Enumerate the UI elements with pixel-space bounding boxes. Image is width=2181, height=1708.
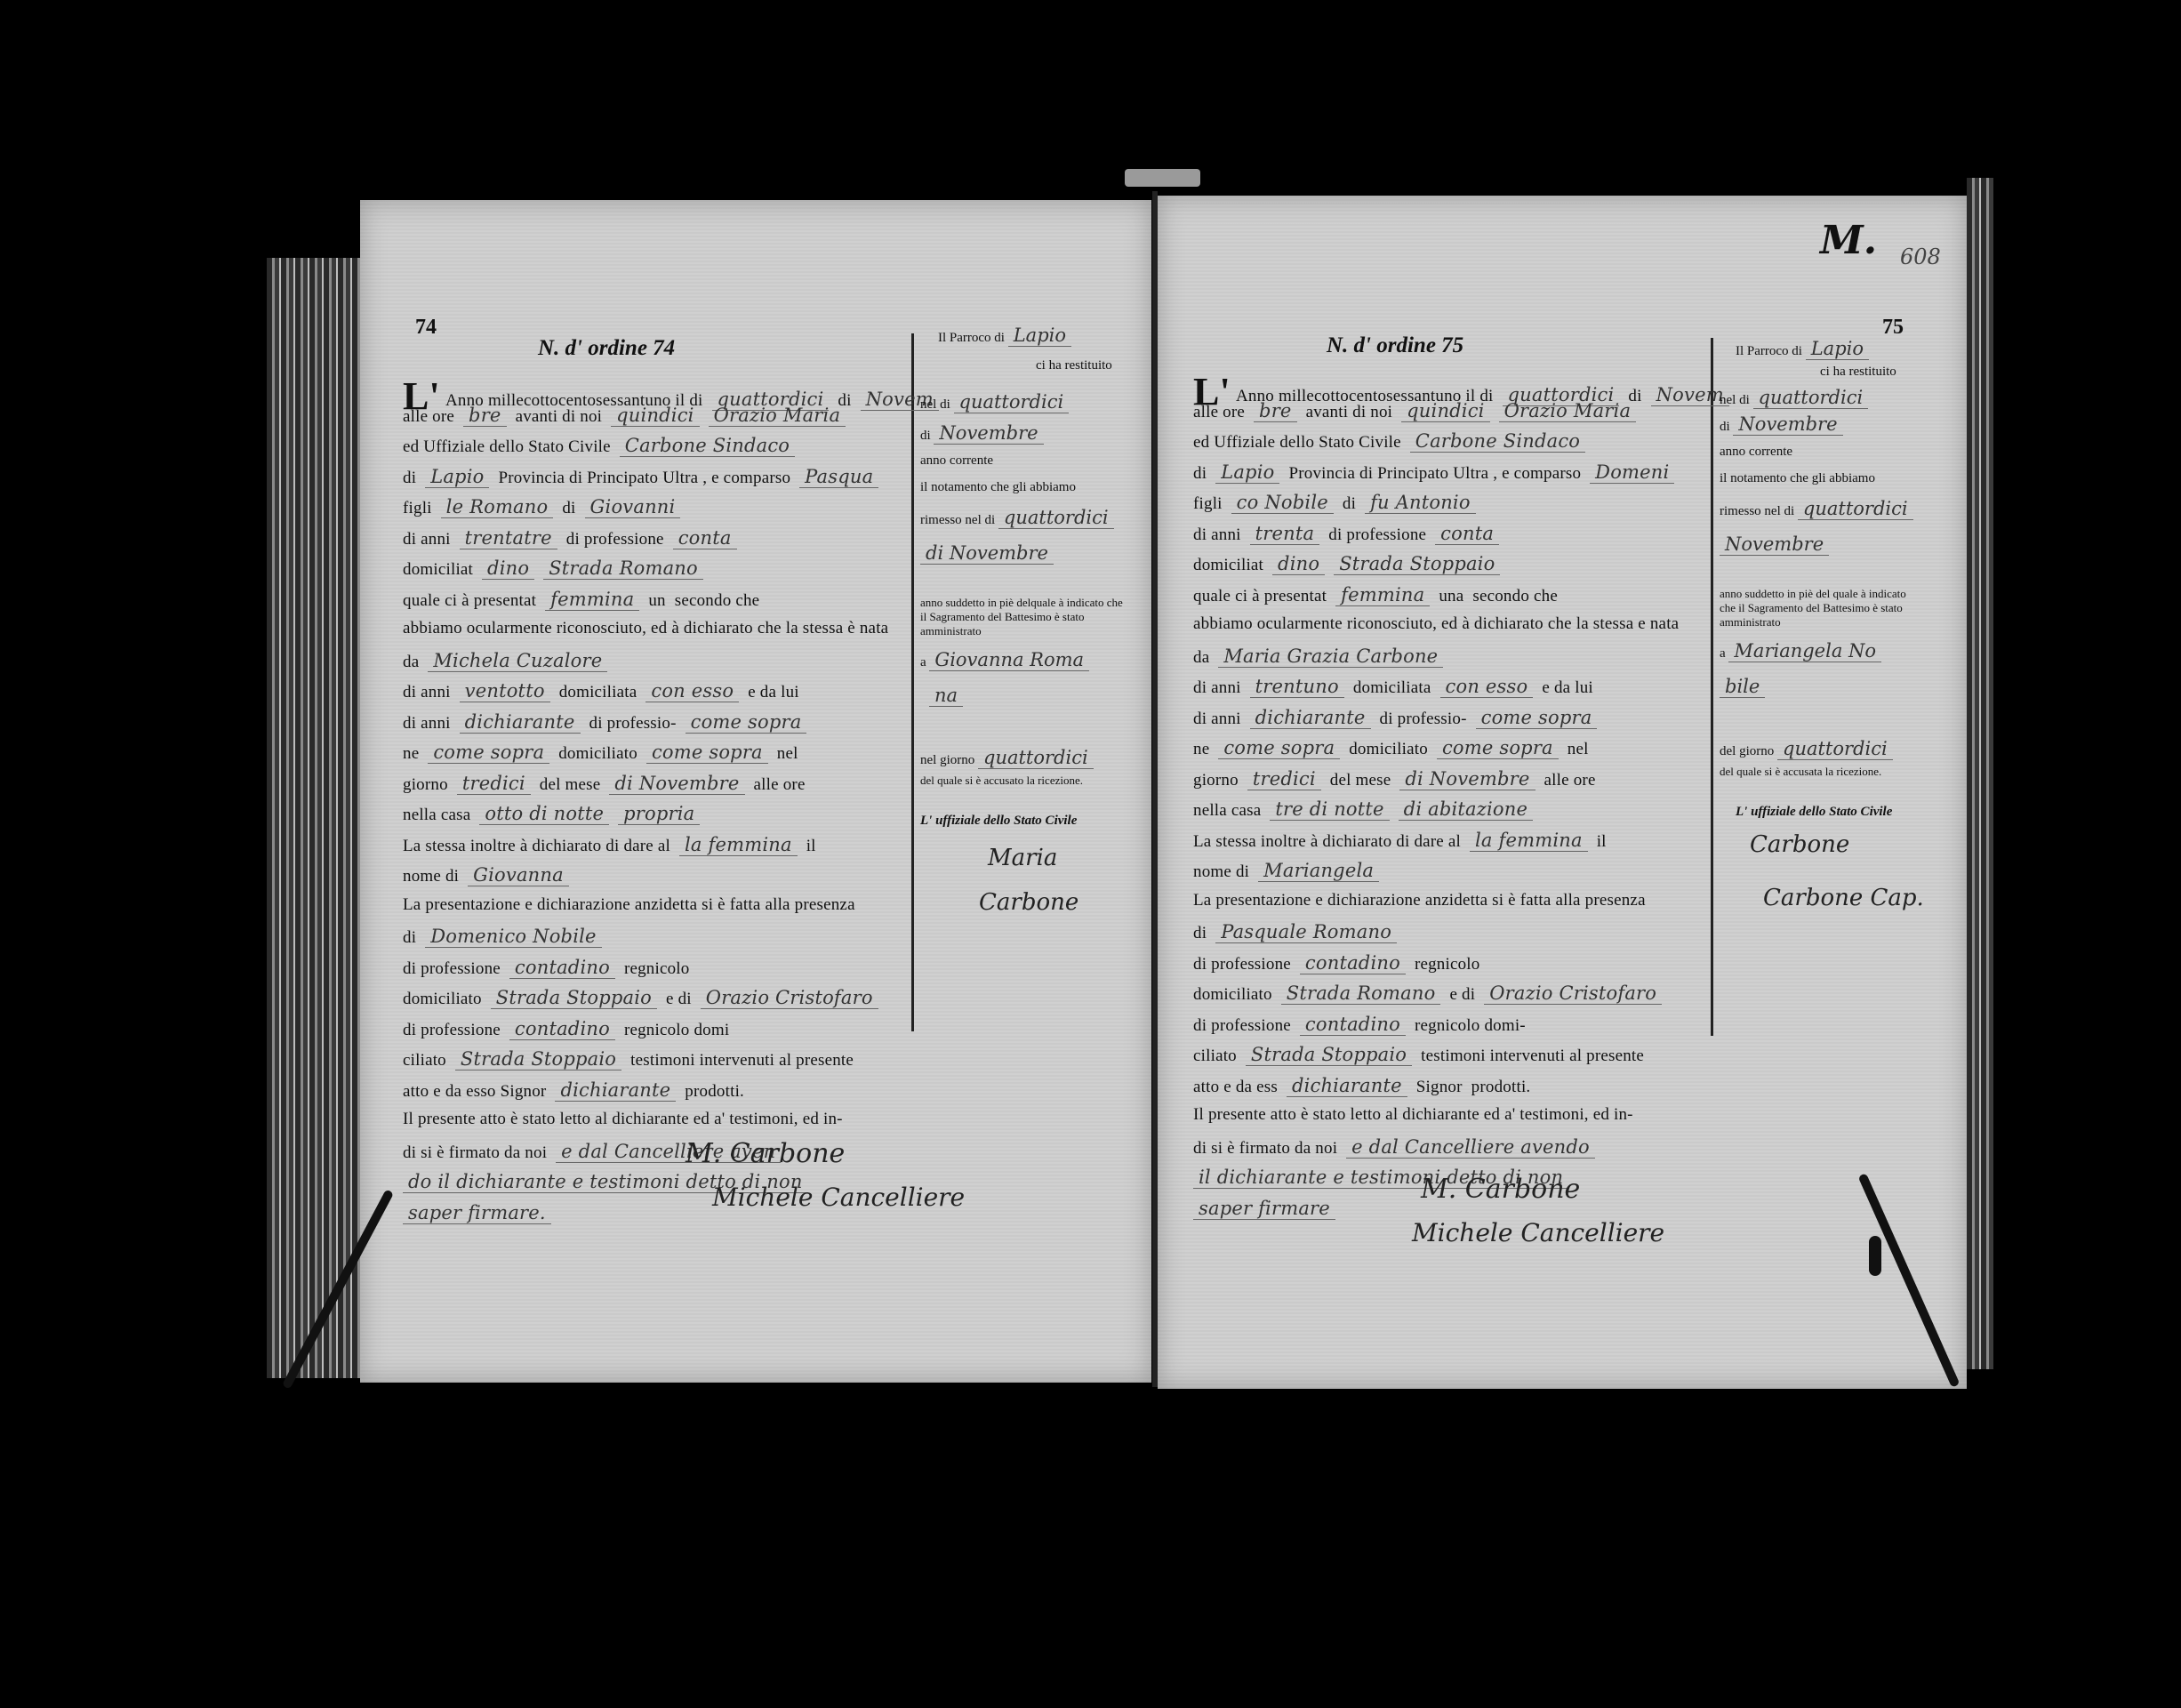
record-line: di professionecontadinoregnicolo domi- [1193,1014,1535,1036]
record-line: figlile RomanodiGiovanni [403,496,689,518]
record-line: di annidichiarantedi professio-come sopr… [1193,707,1606,729]
printed-text: regnicolo [1415,955,1480,974]
ufficiale-label: L' uffiziale dello Stato Civile [920,814,1077,829]
printed-text: di anni [1193,525,1241,544]
handwritten-entry: Orazio Maria [709,405,846,427]
handwritten-entry: Giovanna [468,864,569,886]
printed-text: e di [666,990,692,1008]
record-line: Il presente atto è stato letto al dichia… [403,1110,852,1129]
printed-text: di anni [1193,710,1241,728]
di-value: Novembre [934,422,1043,445]
printed-text: domiciliato [1193,985,1272,1004]
printed-text: quale ci à presentat [1193,587,1327,605]
printed-text: da [403,653,419,671]
record-line: giornotredicidel mesedi Novembrealle ore [403,773,814,795]
handwritten-entry: come sopra [1476,707,1598,729]
handwritten-entry: Strada Stoppaio [1246,1044,1412,1066]
rimesso-value-month: di Novembre [920,542,1054,565]
nel-giorno-label: del giorno [1720,744,1774,758]
printed-text: di anni [403,683,451,702]
printed-text: nel [1568,740,1589,758]
printed-text: domiciliat [1193,556,1263,574]
ricezione-text: del quale si è accusata la ricezione. [1720,765,1924,779]
restituito-label: ci ha restituito [1820,365,1896,380]
column-divider [1711,338,1713,1036]
handwritten-entry: trentuno [1250,676,1344,698]
handwritten-entry: tre di notte [1270,798,1389,821]
record-line: alle orebreavanti di noiquindiciOrazio M… [1193,400,1645,422]
printed-text: ed Uffiziale dello Stato Civile [403,437,611,456]
record-line: nome diGiovanna [403,864,578,886]
printed-text: di si è firmato da noi [1193,1139,1337,1158]
handwritten-entry: di abitazione [1399,798,1533,821]
book-page-edges-right [1967,178,1993,1369]
archive-stamp: M. [1820,218,1877,263]
nel-di-value: quattordici [1753,387,1869,409]
handwritten-entry: ventotto [460,680,550,702]
record-line: domiciliatoStrada Romanoe diOrazio Crist… [1193,982,1671,1005]
handwritten-entry: la femmina [1470,830,1588,852]
handwritten-entry: Domeni [1590,461,1674,484]
handwritten-entry: Michela Cuzalore [428,650,607,672]
handwritten-entry: trentatre [460,527,557,549]
printed-text: di professione [1328,525,1426,544]
page-number: 74 [415,316,437,340]
printed-text: testimoni intervenuti al presente [630,1051,854,1070]
handwritten-entry: bre [1254,400,1297,422]
record-line: saper firmare [1193,1198,1344,1220]
parroco-label: Il Parroco di [1736,344,1802,358]
handwritten-entry: come sopra [646,742,768,764]
handwritten-entry: Orazio Maria [1499,400,1637,422]
handwritten-entry: Domenico Nobile [425,926,601,948]
printed-text: avanti di noi [1306,403,1393,421]
handwritten-entry: propria [618,803,700,825]
ufficiale-signature-1: Carbone [1744,831,1855,858]
record-line: quale ci à presentatfemminaunsecondo che [403,589,768,611]
cancelliere-signature: Michele Cancelliere [1407,1218,1670,1247]
handwritten-entry: Orazio Cristofaro [1484,982,1662,1005]
record-line: diDomenico Nobile [403,926,611,948]
handwritten-entry: trenta [1250,523,1320,545]
printed-text: di professione [403,1021,501,1039]
handwritten-entry: Novem [1651,384,1729,406]
printed-text: una [1439,587,1463,605]
printed-text: regnicolo domi [624,1021,729,1039]
printed-text: giorno [1193,771,1239,790]
nel-di-label: nel di [920,397,950,412]
record-line: figlico Nobiledifu Antonio [1193,492,1485,514]
printed-text: di professio- [589,714,677,733]
printed-text: di anni [403,714,451,733]
record-number-heading: N. d' ordine 75 [1327,333,1463,358]
record-line: Il presente atto è stato letto al dichia… [1193,1105,1642,1125]
printed-text: domiciliata [559,683,637,702]
handwritten-entry: Lapio [425,466,489,488]
record-line: nella casaotto di nottepropria [403,803,709,825]
printed-text: secondo che [675,591,760,610]
printed-text: figli [403,499,432,517]
nel-giorno-label: nel giorno [920,753,974,767]
handwritten-entry: Mariangela [1258,860,1379,882]
handwritten-entry: co Nobile [1231,492,1334,514]
left-page: 74 N. d' ordine 74 L'Anno millecottocent… [360,200,1151,1383]
handwritten-entry: conta [1435,523,1499,545]
handwritten-entry: Carbone Sindaco [620,435,795,457]
parroco-value: Lapio [1008,325,1071,347]
handwritten-entry: saper firmare. [403,1202,551,1224]
handwritten-entry: femmina [545,589,639,611]
printed-text: il [1597,832,1607,851]
rimesso-label: rimesso nel di [920,513,995,527]
printed-text: il [806,837,816,855]
anno-corrente-label: anno corrente [920,453,993,469]
record-line: necome sopradomiciliatocome sopranel [1193,737,1598,759]
record-line: quale ci à presentatfemminaunasecondo ch… [1193,584,1567,606]
ufficiale-signature-1: Maria [982,845,1062,871]
handwritten-entry: dino [482,557,534,580]
handwritten-entry: di Novembre [609,773,744,795]
handwritten-entry: e dal Cancelliere avendo [1346,1136,1595,1159]
record-line: La stessa inoltre à dichiarato di dare a… [403,834,825,856]
printed-text: un [648,591,665,610]
printed-text: di professio- [1380,710,1467,728]
handwritten-entry: contadino [1300,1014,1406,1036]
handwritten-entry: dino [1272,553,1325,575]
handwritten-entry: come sopra [428,742,549,764]
handwritten-entry: con esso [1440,676,1534,698]
printed-text: domiciliato [558,744,637,763]
printed-text: secondo che [1472,587,1558,605]
record-line: domiciliatdinoStrada Romano [403,557,712,580]
handwritten-entry: fu Antonio [1365,492,1476,514]
record-line: nella casatre di nottedi abitazione [1193,798,1542,821]
handwritten-entry: femmina [1335,584,1430,606]
printed-text: di si è firmato da noi [403,1143,547,1162]
battezzato-value-cont: na [929,685,963,707]
printed-text: nome di [403,867,459,886]
printed-text: alle ore [1544,771,1596,790]
handwritten-entry: tredici [457,773,531,795]
record-line: daMichela Cuzalore [403,650,616,672]
printed-text: ne [1193,740,1209,758]
record-line: nome diMariangela [1193,860,1388,882]
printed-text: figli [1193,494,1223,513]
printed-text: atto e da esso Signor [403,1082,546,1101]
printed-text: nella casa [1193,801,1261,820]
handwritten-entry: Giovanni [585,496,681,518]
di-label: di [1720,420,1730,434]
record-line: di annitrentadi professioneconta [1193,523,1508,545]
sindaco-signature: M. Carbone [680,1138,850,1169]
handwritten-entry: conta [673,527,737,549]
printed-text: abbiamo ocularmente riconosciuto, ed à d… [1193,614,1679,633]
nel-di-label: nel di [1720,393,1750,407]
printed-text: domiciliata [1353,678,1431,697]
printed-text: quale ci à presentat [403,591,536,610]
ufficiale-label: L' uffiziale dello Stato Civile [1736,805,1892,820]
a-label: a [1720,646,1726,661]
printed-text: prodotti. [685,1082,744,1101]
anno-suddetto-text: anno suddetto in piè del quale à indicat… [1720,587,1924,629]
battezzato-value-cont: bile [1720,676,1765,698]
handwritten-entry: Carbone Sindaco [1410,430,1585,453]
printed-text: ne [403,744,419,763]
record-line: diLapioProvincia di Principato Ultra , e… [403,466,887,488]
folio-number: 608 [1900,245,1941,269]
record-line: ed Uffiziale dello Stato CivileCarbone S… [403,435,804,457]
printed-text: La presentazione e dichiarazione anzidet… [403,895,855,914]
handwritten-entry: Strada Stoppaio [455,1048,621,1071]
record-line: atto e da esso Signordichiaranteprodotti… [403,1079,753,1102]
record-line: domiciliatdinoStrada Stoppaio [1193,553,1509,575]
record-line: diPasquale Romano [1193,921,1406,943]
handwritten-entry: Pasqua [799,466,878,488]
printed-text: Il presente atto è stato letto al dichia… [1193,1105,1633,1124]
record-line: La presentazione e dichiarazione anzidet… [1193,891,1655,910]
handwritten-entry: la femmina [679,834,798,856]
printed-text: di [1343,494,1356,513]
rimesso-value: quattordici [1798,498,1913,520]
record-line: ciliatoStrada Stoppaiotestimoni interven… [1193,1044,1653,1066]
printed-text: testimoni intervenuti al presente [1421,1046,1644,1065]
printed-text: ciliato [403,1051,446,1070]
handwritten-entry: Strada Romano [543,557,703,580]
record-line: giornotredicidel mesedi Novembrealle ore [1193,768,1605,790]
record-line: di annitrentatredi professioneconta [403,527,746,549]
record-line: necome sopradomiciliatocome sopranel [403,742,807,764]
handwritten-entry: di Novembre [1399,768,1535,790]
record-line: ciliatoStrada Stoppaiotestimoni interven… [403,1048,862,1071]
record-line: domiciliatoStrada Stoppaioe diOrazio Cri… [403,987,887,1009]
notamento-label: il notamento che gli abbiamo [1720,471,1875,486]
printed-text: di professione [1193,1016,1291,1035]
handwritten-entry: saper firmare [1193,1198,1335,1220]
bookmark-ribbon [1858,1173,1960,1388]
printed-text: giorno [403,775,448,794]
record-line: abbiamo ocularmente riconosciuto, ed à d… [1193,614,1688,634]
record-line: abbiamo ocularmente riconosciuto, ed à d… [403,619,897,638]
handwritten-entry: Lapio [1215,461,1279,484]
parroco-value: Lapio [1806,338,1869,360]
printed-text: domiciliato [1349,740,1428,758]
printed-text: del mese [1330,771,1391,790]
printed-text: La stessa inoltre à dichiarato di dare a… [1193,832,1461,851]
handwritten-entry: con esso [645,680,739,702]
record-line: di anniventottodomiciliatacon essoe da l… [403,680,808,702]
printed-text: di [1193,464,1207,483]
anno-corrente-label: anno corrente [1720,445,1792,460]
printed-text: Signor [1416,1078,1463,1096]
printed-text: di professione [1193,955,1291,974]
handwritten-entry: come sopra [1218,737,1340,759]
restituito-label: ci ha restituito [1036,358,1112,373]
handwritten-entry: contadino [1300,952,1406,974]
a-label: a [920,655,926,670]
printed-text: di professione [403,959,501,978]
printed-text: nome di [1193,862,1249,881]
printed-text: nella casa [403,806,470,824]
record-line: La presentazione e dichiarazione anzidet… [403,895,864,915]
record-line: di professionecontadinoregnicolo [403,957,699,979]
printed-text: La stessa inoltre à dichiarato di dare a… [403,837,670,855]
handwritten-entry: Strada Stoppaio [1334,553,1500,575]
di-label: di [920,429,931,443]
printed-text: domiciliato [403,990,482,1008]
record-line: di si è firmato da noie dal Cancelliere … [1193,1136,1604,1159]
printed-text: avanti di noi [516,407,603,426]
record-line: La stessa inoltre à dichiarato di dare a… [1193,830,1616,852]
printed-text: regnicolo [624,959,690,978]
di-value: Novembre [1733,413,1842,436]
cancelliere-signature: Michele Cancelliere [707,1183,970,1212]
printed-text: ed Uffiziale dello Stato Civile [1193,433,1401,452]
ricezione-text: del quale si è accusato la ricezione. [920,774,1125,788]
ufficiale-signature-2: Carbone [974,889,1084,916]
rimesso-label: rimesso nel di [1720,504,1794,518]
record-line: di annidichiarantedi professio-come sopr… [403,711,815,734]
printed-text: alle ore [403,407,454,426]
column-divider [911,333,914,1031]
notamento-label: il notamento che gli abbiamo [920,480,1076,495]
handwritten-entry: Pasquale Romano [1215,921,1397,943]
printed-text: Provincia di Principato Ultra , e compar… [498,469,790,487]
battezzato-value: Mariangela No [1728,640,1881,662]
handwritten-entry: Maria Grazia Carbone [1218,646,1443,668]
right-page: M. 608 75 N. d' ordine 75 L'Anno milleco… [1158,196,1967,1389]
printed-text: Provincia di Principato Ultra , e compar… [1288,464,1581,483]
printed-text: domiciliat [403,560,473,579]
printed-text: di [1193,924,1207,942]
sindaco-signature: M. Carbone [1415,1174,1585,1205]
record-line: di annitrentunodomiciliatacon essoe da l… [1193,676,1602,698]
handwritten-entry: tredici [1247,768,1321,790]
printed-text: e da lui [748,683,799,702]
handwritten-entry: dichiarante [555,1079,676,1102]
page-tab-marker [1125,169,1200,187]
handwritten-entry: come sopra [686,711,807,734]
handwritten-entry: Strada Romano [1281,982,1441,1005]
handwritten-entry: dichiarante [1250,707,1371,729]
handwritten-entry: Strada Stoppaio [491,987,657,1009]
handwritten-entry: contadino [509,957,615,979]
record-number-heading: N. d' ordine 74 [538,336,675,361]
handwritten-entry: le Romano [441,496,554,518]
printed-text: abbiamo ocularmente riconosciuto, ed à d… [403,619,888,637]
nel-di-value: quattordici [954,391,1070,413]
handwritten-entry: come sopra [1437,737,1559,759]
rimesso-value-month: Novembre [1720,533,1829,556]
nel-giorno-value: quattordici [1777,738,1893,760]
book-page-edges-left [267,258,360,1378]
printed-text: prodotti. [1471,1078,1531,1096]
record-line: alle orebreavanti di noiquindiciOrazio M… [403,405,854,427]
anno-suddetto-text: anno suddetto in piè delquale à indicato… [920,596,1125,638]
printed-text: da [1193,648,1209,667]
record-line: ed Uffiziale dello Stato CivileCarbone S… [1193,430,1594,453]
printed-text: atto e da ess [1193,1078,1278,1096]
printed-text: e di [1449,985,1475,1004]
ink-blot [1869,1236,1881,1276]
printed-text: alle ore [1193,403,1245,421]
parroco-label: Il Parroco di [938,331,1005,345]
handwritten-entry: quindici [611,405,699,427]
printed-text: Il presente atto è stato letto al dichia… [403,1110,843,1128]
handwritten-entry: contadino [509,1018,615,1040]
printed-text: di professione [566,530,664,549]
handwritten-entry: dichiarante [1287,1075,1407,1097]
record-line: saper firmare. [403,1202,560,1224]
ufficiale-signature-2: Carbone Cap. [1758,885,1929,911]
handwritten-entry: bre [463,405,507,427]
printed-text: ciliato [1193,1046,1237,1065]
record-line: di professionecontadinoregnicolo domi [403,1018,738,1040]
nel-giorno-value: quattordici [978,747,1094,769]
record-line: daMaria Grazia Carbone [1193,646,1452,668]
printed-text: di [562,499,575,517]
record-line: atto e da essdichiaranteSignorprodotti. [1193,1075,1539,1097]
printed-text: e da lui [1542,678,1593,697]
battezzato-value: Giovanna Roma [929,649,1089,671]
printed-text: nel [777,744,798,763]
page-number: 75 [1882,316,1904,340]
handwritten-entry: Orazio Cristofaro [701,987,878,1009]
printed-text: La presentazione e dichiarazione anzidet… [1193,891,1646,910]
printed-text: di anni [1193,678,1241,697]
handwritten-entry: otto di notte [479,803,609,825]
printed-text: regnicolo domi- [1415,1016,1526,1035]
printed-text: di [403,928,416,947]
printed-text: di [403,469,416,487]
printed-text: alle ore [754,775,806,794]
printed-text: del mese [540,775,601,794]
handwritten-entry: dichiarante [460,711,581,734]
printed-text: di anni [403,530,451,549]
handwritten-entry: quindici [1401,400,1489,422]
rimesso-value: quattordici [998,507,1114,529]
record-line: di professionecontadinoregnicolo [1193,952,1489,974]
record-line: diLapioProvincia di Principato Ultra , e… [1193,461,1683,484]
